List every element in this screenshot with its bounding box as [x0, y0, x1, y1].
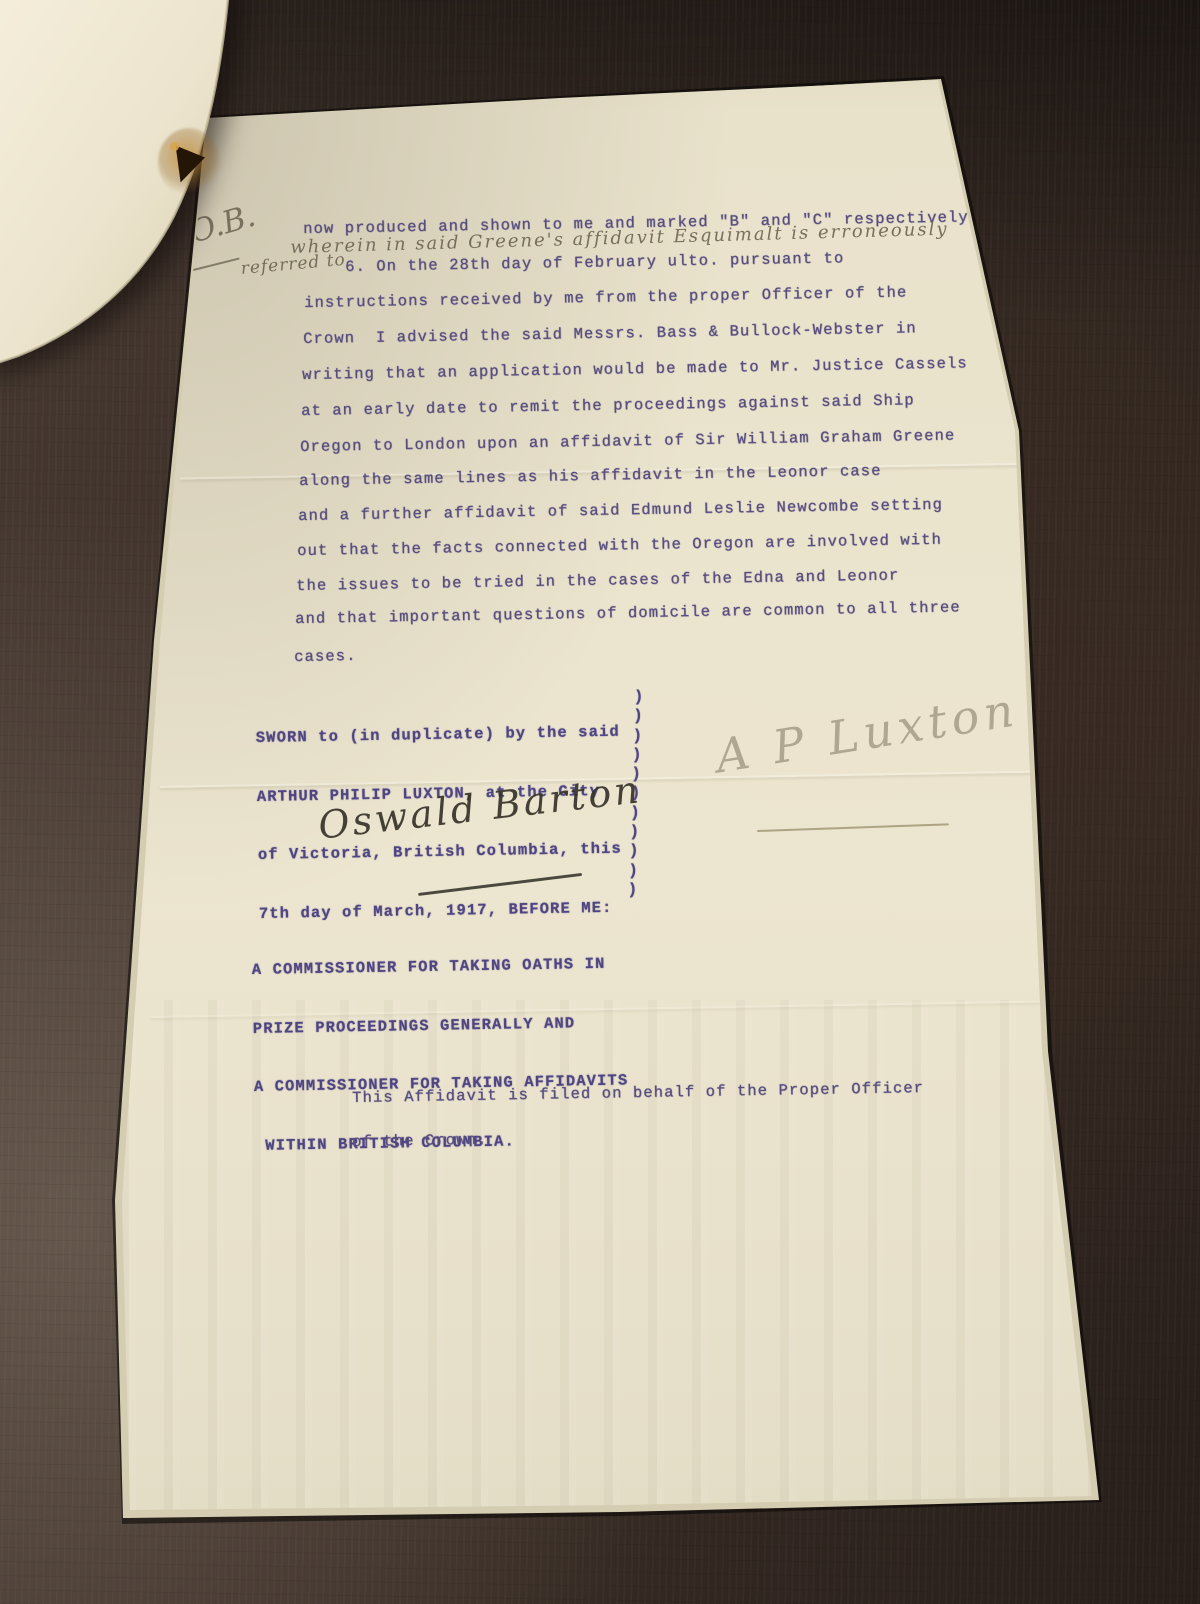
- commissioner-title-line: PRIZE PROCEEDINGS GENERALLY AND: [253, 1013, 628, 1039]
- commissioner-title-line: A COMMISSIONER FOR TAKING OATHS IN: [252, 954, 627, 980]
- jurat-line: SWORN to (in duplicate) by the said: [256, 723, 620, 749]
- brace-paren: ): [633, 688, 643, 708]
- deponent-signature-underline: [757, 823, 949, 832]
- deponent-signature: A P Luxton: [712, 682, 1022, 783]
- photo-of-affidavit-page: { "doc": { "marginalia": { "initials": "…: [0, 0, 1200, 1604]
- typed-line: and a further affidavit of said Edmund L…: [298, 497, 943, 525]
- typed-line: at an early date to remit the proceeding…: [301, 392, 915, 420]
- brace-paren: ): [632, 727, 642, 747]
- brace-paren: ): [632, 746, 642, 766]
- filing-note-line: of the Crown.: [352, 1132, 488, 1151]
- typed-line: Oregon to London upon an affidavit of Si…: [300, 428, 955, 456]
- typed-line: and that important questions of domicile…: [295, 599, 961, 628]
- brace-paren: ): [627, 881, 637, 901]
- jurat-line: of Victoria, British Columbia, this: [258, 840, 622, 866]
- typed-line: instructions received by me from the pro…: [304, 284, 908, 312]
- brace-paren: ): [633, 707, 643, 727]
- curled-previous-page: [0, 0, 276, 406]
- fastener-glint: [170, 142, 179, 151]
- typed-line: along the same lines as his affidavit in…: [299, 463, 882, 490]
- brace-paren: ): [628, 862, 638, 882]
- brace-paren: ): [629, 823, 639, 843]
- typed-line: cases.: [294, 648, 357, 666]
- typed-line: out that the facts connected with the Or…: [297, 532, 942, 560]
- typed-line: the issues to be tried in the cases of t…: [296, 567, 900, 595]
- typed-line: writing that an application would be mad…: [302, 355, 968, 384]
- paper-fastener: [158, 128, 220, 196]
- typed-line: Crown I advised the said Messrs. Bass & …: [303, 320, 917, 348]
- brace-paren: ): [629, 842, 639, 862]
- commissioner-title-block: A COMMISSIONER FOR TAKING OATHS IN PRIZE…: [251, 915, 630, 1194]
